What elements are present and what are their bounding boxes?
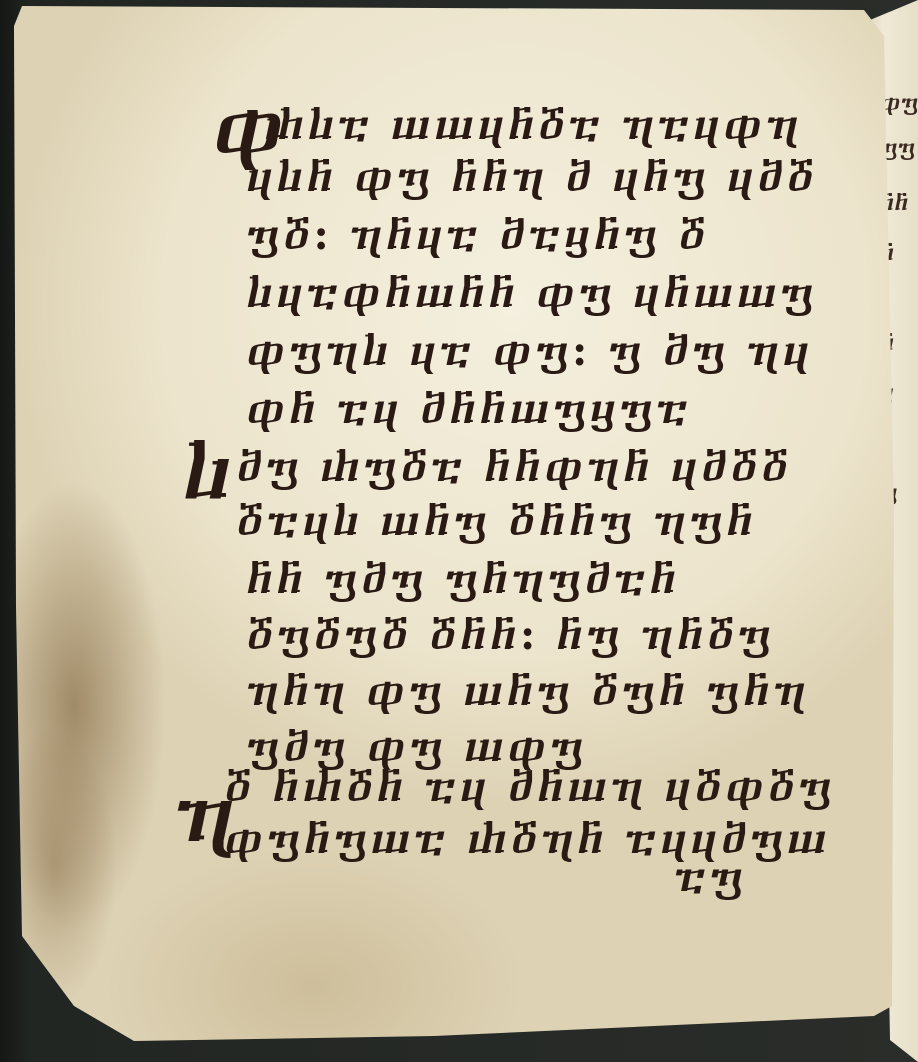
text-line: ⴔⴂⴄⴑ ⴗⴀ ⴔⴂ: ⴂ ⴋⴂ ⴄⴗ (246, 330, 813, 372)
text-line: ⴑⴗⴀⴔⴌⴍⴌⴌ ⴔⴂ ⴗⴌⴍⴍⴂ (246, 272, 817, 314)
text-line: ⴀⴂ (674, 856, 746, 898)
initial-letter: ⴑ (182, 434, 232, 512)
parchment-page: ⴔ ⴐⴑⴀ ⴍⴍⴗⴌⴃⴀ ⴄⴀⴗⴔⴄ ⴗⴑⴌ ⴔⴂ ⴌⴌⴄ ⴋ ⴗⴌⴂ ⴗⴋⴃ … (14, 6, 894, 1041)
text-line: ⴔⴌ ⴀⴗ ⴋⴌⴌⴍⴂⴁⴂⴀ (246, 388, 692, 430)
text-line: ⴌⴌ ⴂⴋⴂ ⴂⴌⴄⴂⴋⴀⴌ (246, 558, 679, 600)
text-line: ⴃⴂⴃⴂⴃ ⴃⴌⴌ: ⴌⴂ ⴄⴌⴃⴂ (246, 614, 774, 656)
text-line: ⴗⴑⴌ ⴔⴂ ⴌⴌⴄ ⴋ ⴗⴌⴂ ⴗⴋⴃ (246, 156, 817, 198)
text-line: ⴃⴀⴗⴑ ⴍⴌⴂ ⴃⴌⴌⴂ ⴄⴂⴌ (236, 500, 756, 542)
text-line: ⴐⴑⴀ ⴍⴍⴗⴌⴃⴀ ⴄⴀⴗⴔⴄ (264, 104, 802, 146)
facing-page-text: ⴔⴂⴃⴀ (880, 90, 918, 116)
text-line: ⴄⴌⴄ ⴔⴂ ⴍⴌⴂ ⴃⴂⴌ ⴂⴌⴄ (246, 670, 809, 712)
text-line: ⴋⴂ ⴐⴂⴃⴀ ⴌⴌⴔⴄⴌ ⴗⴋⴃⴃ (236, 446, 791, 488)
text-line: ⴃ ⴌⴐⴃⴌ ⴀⴗ ⴋⴌⴍⴄ ⴗⴃⴔⴃⴂ (224, 766, 835, 808)
text-line: ⴂⴃ: ⴄⴌⴗⴀ ⴋⴀⴁⴌⴂ ⴃ (246, 214, 709, 256)
